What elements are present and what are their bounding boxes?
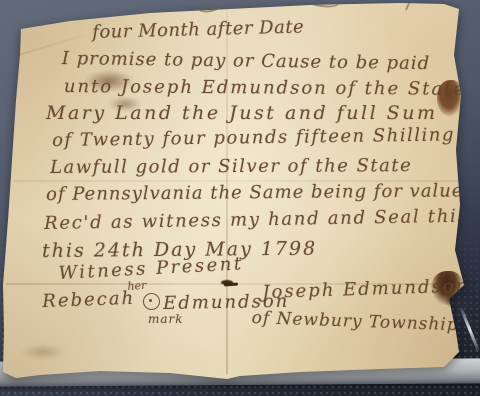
handwritten-line-8: Rec'd as witness my hand and Seal this: [44, 206, 469, 234]
handwritten-line-1: four Month after Date: [92, 16, 304, 43]
witness-signature-first-name: Rebecah: [42, 288, 135, 312]
handwritten-line-7: of Pennsylvania the Same being for value: [46, 180, 464, 205]
handwritten-line-6: Lawfull gold or Silver of the State: [50, 155, 412, 178]
photo: four Month after Date I promise to pay o…: [0, 0, 480, 396]
her-label: her: [127, 279, 147, 293]
her-mark-symbol: [143, 293, 160, 310]
handwritten-line-4: Mary Land the Just and full Sum: [46, 102, 437, 124]
handwritten-line-5: of Twenty four pounds fifteen Shilling: [52, 124, 455, 151]
mark-label: mark: [148, 312, 184, 326]
handwritten-line-3: unto Joseph Edmundson of the State: [64, 76, 466, 100]
cut-off-stroke: [299, 0, 340, 8]
pen-dash-mark: [224, 283, 238, 287]
signer-township: of Newbury Township.: [251, 308, 465, 335]
stain-bottom-left: [20, 344, 66, 360]
promissory-note-paper: four Month after Date I promise to pay o…: [0, 0, 480, 396]
cut-off-stroke: [195, 0, 227, 14]
cut-off-stroke: [405, 0, 429, 17]
